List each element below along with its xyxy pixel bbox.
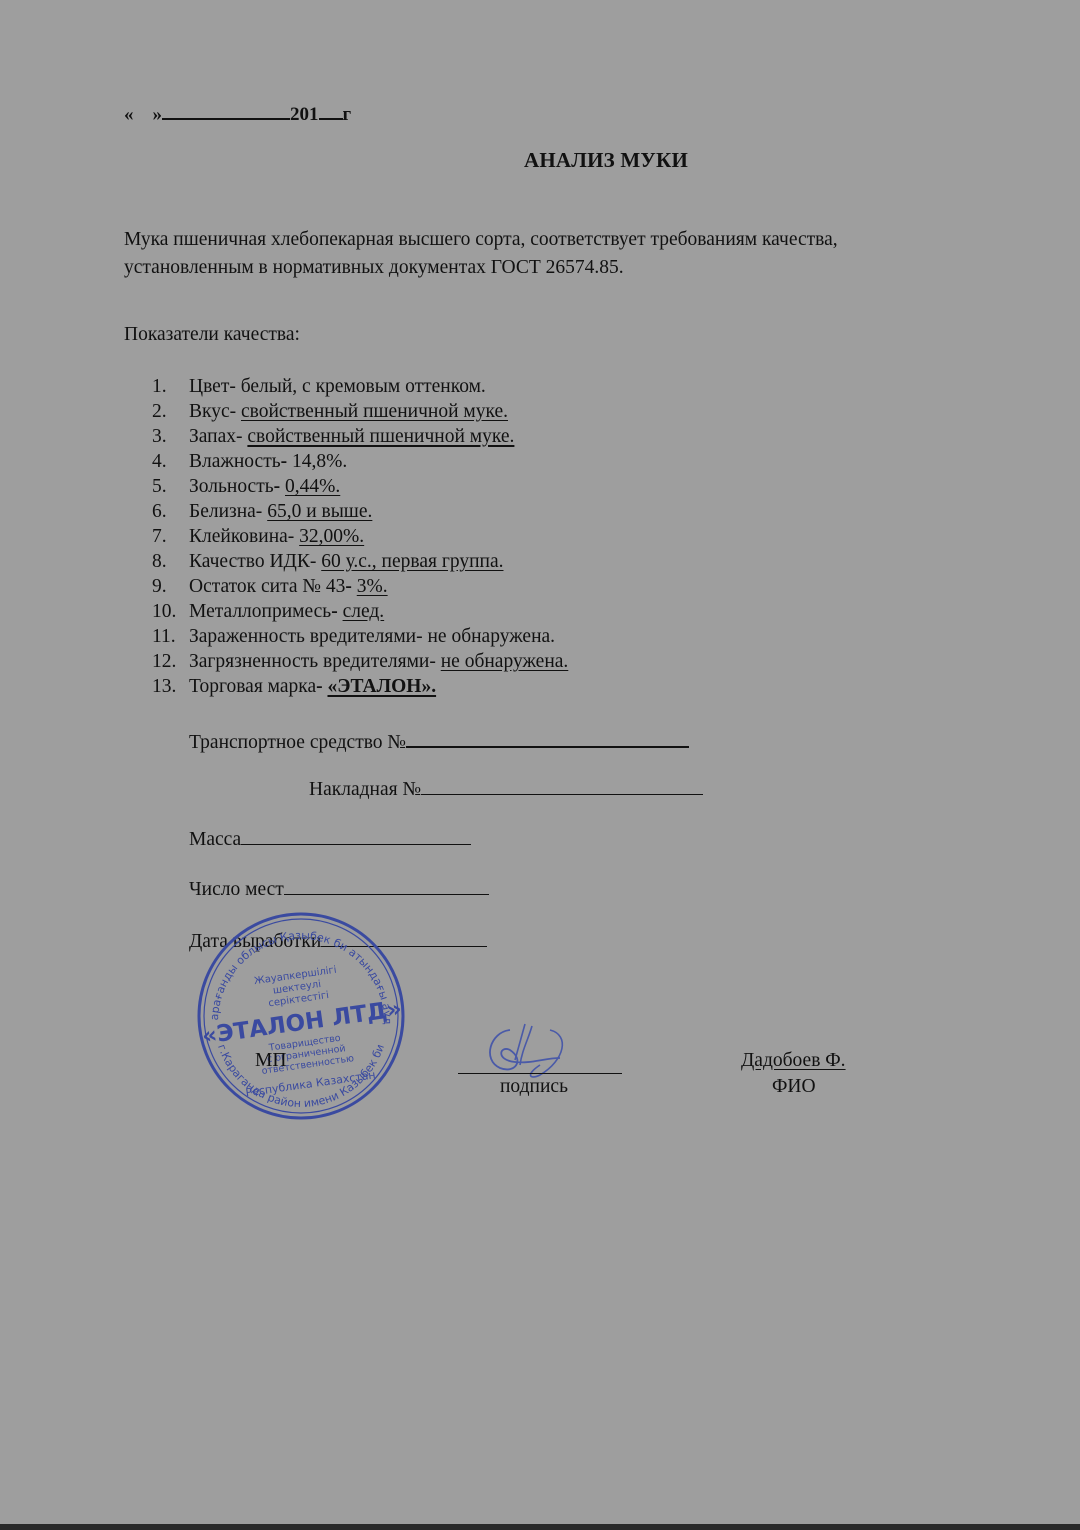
places-label: Число мест (189, 879, 284, 900)
item-label: Качество ИДК- (189, 549, 321, 574)
mass-field: Масса (189, 826, 471, 851)
date-open-quote: « (124, 104, 134, 125)
mp-label: МП (255, 1050, 286, 1072)
list-item: 6.Белизна- 65,0 и выше. (152, 499, 568, 524)
item-number: 2. (152, 399, 189, 424)
bottom-bar (0, 1524, 1080, 1530)
indicators-list: 1.Цвет- белый, с кремовым оттенком. 2.Вк… (152, 374, 568, 699)
item-label: Торговая марка (189, 674, 316, 699)
invoice-label: Накладная № (309, 779, 421, 800)
item-number: 12. (152, 649, 189, 674)
list-item: 12.Загрязненность вредителями- не обнару… (152, 649, 568, 674)
list-item: 1.Цвет- белый, с кремовым оттенком. (152, 374, 568, 399)
mass-label: Масса (189, 829, 241, 850)
invoice-blank[interactable] (421, 776, 703, 795)
item-number: 3. (152, 424, 189, 449)
item-value: след. (343, 599, 385, 624)
date-line: « »201г (124, 100, 351, 126)
year-blank (319, 100, 343, 120)
item-value: 3%. (357, 574, 388, 599)
list-item: 5.Зольность- 0,44%. (152, 474, 568, 499)
item-dash: - (274, 474, 285, 499)
item-number: 1. (152, 374, 189, 399)
signature-label: подпись (500, 1076, 568, 1098)
fio-name: Дадобоев Ф. (741, 1050, 846, 1072)
item-number: 5. (152, 474, 189, 499)
item-number: 8. (152, 549, 189, 574)
intro-line-1: Мука пшеничная хлебопекарная высшего сор… (124, 226, 838, 254)
transport-label: Транспортное средство № (189, 732, 406, 753)
item-number: 4. (152, 449, 189, 474)
places-blank[interactable] (284, 876, 489, 895)
item-dash: - (345, 574, 356, 599)
list-item: 9.Остаток сита № 43- 3%. (152, 574, 568, 599)
invoice-field: Накладная № (309, 776, 703, 801)
item-label: Зольность (189, 474, 274, 499)
item-label: Остаток сита № 43 (189, 574, 345, 599)
item-dash: - (316, 674, 327, 699)
item-label: Металлопримесь (189, 599, 331, 624)
page-title: АНАЛИЗ МУКИ (524, 148, 688, 173)
intro-paragraph: Мука пшеничная хлебопекарная высшего сор… (124, 226, 838, 282)
list-item: 4.Влажность- 14,8%. (152, 449, 568, 474)
item-label: Зараженность вредителями- не обнаружена. (189, 624, 555, 649)
item-number: 7. (152, 524, 189, 549)
item-label: Белизна- (189, 499, 267, 524)
item-number: 10. (152, 599, 189, 624)
item-value: 32,00%. (299, 524, 364, 549)
item-value: 60 у.с., первая группа. (321, 549, 503, 574)
item-label: Цвет- белый, с кремовым оттенком. (189, 374, 486, 399)
item-value: не обнаружена. (441, 649, 569, 674)
item-label: Загрязненность вредителями- (189, 649, 441, 674)
item-label: Запах- (189, 424, 247, 449)
mass-blank[interactable] (241, 826, 471, 845)
signature-icon (470, 1020, 580, 1080)
list-item: 13.Торговая марка- «ЭТАЛОН». (152, 674, 568, 699)
list-item: 8.Качество ИДК- 60 у.с., первая группа. (152, 549, 568, 574)
item-number: 9. (152, 574, 189, 599)
year-prefix: 201 (290, 104, 319, 125)
transport-field: Транспортное средство № (189, 728, 689, 754)
item-dash: - (281, 449, 292, 474)
list-item: 10.Металлопримесь- след. (152, 599, 568, 624)
list-item: 3.Запах- свойственный пшеничной муке. (152, 424, 568, 449)
item-label: Клейковина- (189, 524, 299, 549)
item-number: 11. (152, 624, 189, 649)
transport-blank[interactable] (406, 728, 689, 748)
company-stamp-icon: Қарағанды облысы Қазыбек би атындағы ауд… (196, 910, 406, 1122)
item-label: Вкус- (189, 399, 241, 424)
item-label: Влажность (189, 449, 281, 474)
month-blank (162, 100, 290, 120)
item-value: 14,8%. (292, 449, 347, 474)
year-suffix: г (343, 104, 352, 125)
intro-line-2: установленным в нормативных документах Г… (124, 254, 838, 282)
item-number: 13. (152, 674, 189, 699)
indicators-heading: Показатели качества: (124, 324, 300, 346)
item-value: 0,44%. (285, 474, 340, 499)
list-item: 2.Вкус- свойственный пшеничной муке. (152, 399, 568, 424)
trademark-value: «ЭТАЛОН». (327, 674, 436, 699)
list-item: 11.Зараженность вредителями- не обнаруже… (152, 624, 568, 649)
date-close-quote: » (153, 104, 163, 125)
fio-label: ФИО (772, 1076, 816, 1098)
signature-line (458, 1073, 622, 1074)
item-value: свойственный пшеничной муке. (247, 424, 514, 449)
list-item: 7.Клейковина- 32,00%. (152, 524, 568, 549)
item-number: 6. (152, 499, 189, 524)
item-value: 65,0 и выше. (267, 499, 372, 524)
places-field: Число мест (189, 876, 489, 901)
item-dash: - (331, 599, 342, 624)
item-value: свойственный пшеничной муке. (241, 399, 508, 424)
